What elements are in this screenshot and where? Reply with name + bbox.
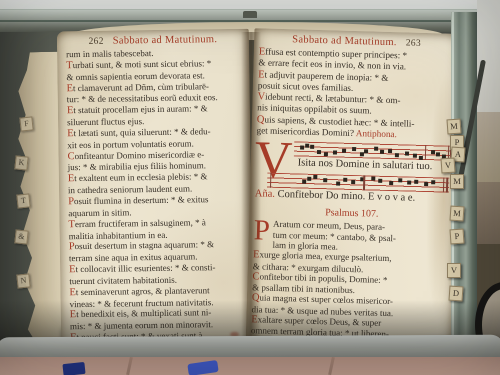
tile-grout-line [328, 357, 335, 375]
right-running-title: Sabbato ad Matutinum. [292, 34, 397, 48]
left-folio-number: 262 [89, 37, 104, 47]
red-versal-initial: C [67, 151, 74, 162]
neume-note [431, 181, 435, 185]
outside-floor [477, 182, 500, 244]
edge-scrap-F: F [19, 116, 33, 131]
neume-note [415, 180, 419, 184]
index-tab-M: M [450, 174, 464, 189]
neume-note [305, 144, 309, 148]
neume-note [398, 179, 402, 183]
red-versal-initial: P [68, 196, 74, 207]
neume-note [424, 182, 428, 186]
photo-of-antiphonary-in-tray: 262 Sabbato ad Matutinum. rum in malis t… [0, 0, 500, 375]
dark-blue-object [62, 362, 85, 375]
red-versal-initial: E [67, 128, 74, 139]
right-text-column: Effusa est contemptio super principes: *… [256, 46, 454, 142]
index-tab-V: V [447, 263, 461, 278]
right-folio-number: 263 [406, 38, 421, 48]
edge-scrap-T: T [16, 193, 30, 208]
red-versal-initial: E [69, 264, 76, 275]
neume-note [333, 151, 337, 155]
staff-divider-bar [363, 176, 365, 191]
index-tab-V: V [440, 158, 455, 174]
neume-note [419, 156, 423, 160]
blue-object [187, 360, 218, 375]
neume-note [364, 150, 368, 154]
staff-divider-bar [443, 178, 445, 193]
neume-note [302, 180, 306, 184]
index-tab-P: P [449, 229, 464, 245]
red-versal-initial: E [67, 83, 74, 94]
neume-note [307, 177, 311, 181]
red-versal-initial: T [66, 60, 73, 71]
tray-rim-tab [243, 11, 257, 18]
staff-divider-bar [425, 145, 427, 160]
rubric-word: Antiphona. [354, 128, 397, 139]
neume-note [342, 149, 346, 153]
neume-note [407, 181, 411, 185]
staff-divider-bar [446, 178, 448, 193]
neume-note [336, 182, 340, 186]
neume-note [324, 179, 328, 183]
neume-note [317, 150, 321, 154]
neume-note [431, 151, 435, 155]
left-running-title: Sabbato ad Matutinum. [113, 34, 218, 46]
red-versal-initial: E [69, 287, 76, 298]
tile-floor [0, 357, 500, 375]
neume-note [436, 153, 440, 157]
antiphon-music-block: V Isita nos Domine in salutari tuo. Aña.… [255, 141, 453, 209]
tile-grout-line [126, 357, 133, 375]
edge-scrap-K: K [14, 155, 28, 170]
neume-note [405, 152, 409, 156]
neume-note [412, 154, 416, 158]
neume-note [359, 153, 363, 157]
red-versal-initial: E [68, 173, 75, 184]
edge-scrap-N: N [16, 273, 30, 288]
index-tab-M: M [449, 206, 464, 222]
left-page-header: 262 Sabbato ad Matutinum. [57, 34, 249, 48]
outside-wall [477, 0, 500, 112]
neume-note [344, 178, 348, 182]
red-versal-initial: P [69, 241, 75, 252]
index-tab-M: M [446, 119, 461, 135]
staff-divider-bar [270, 173, 272, 188]
neume-note [380, 150, 384, 154]
outside-midground [477, 112, 500, 182]
red-versal-initial: T [68, 219, 75, 230]
neume-note [371, 177, 375, 181]
book-gutter-shadow [241, 32, 261, 346]
neume-note [374, 147, 378, 151]
neume-note [300, 146, 304, 150]
neume-note [378, 179, 382, 183]
neume-note [310, 145, 314, 149]
neume-note [389, 181, 393, 185]
neume-note [351, 180, 355, 184]
red-versal-initial: E [67, 105, 74, 116]
neume-note [324, 153, 328, 157]
neume-note [313, 175, 317, 179]
neume-note [352, 147, 356, 151]
neume-note [395, 154, 399, 158]
edge-scrap-&: & [14, 229, 28, 244]
neume-note [388, 149, 392, 153]
